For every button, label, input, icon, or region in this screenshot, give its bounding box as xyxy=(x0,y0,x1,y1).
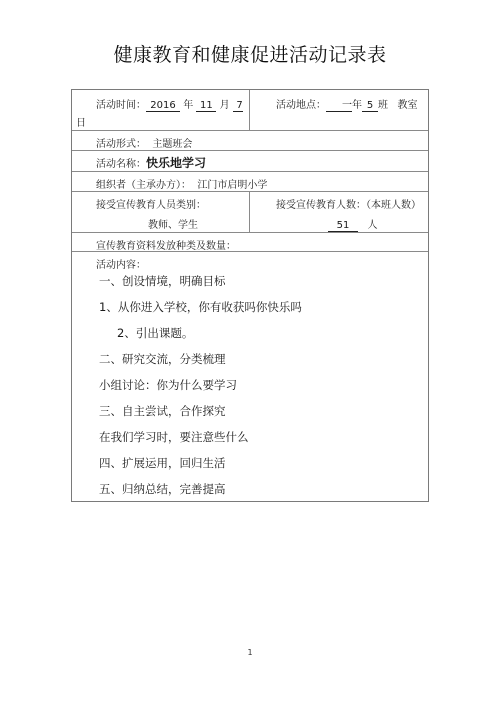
class-unit: 班 xyxy=(378,100,388,111)
content-line: 在我们学习时，要注意些什么 xyxy=(99,429,249,445)
content-line: 2、引出课题。 xyxy=(117,325,193,341)
column-divider xyxy=(249,192,250,232)
activity-name: 活动名称：快乐地学习 xyxy=(96,154,206,171)
row-materials: 宣传教育资料发放种类及数量： xyxy=(72,233,428,252)
location-grade: 一 xyxy=(326,100,352,112)
column-divider xyxy=(249,90,250,130)
activity-day: 7 xyxy=(233,100,243,112)
organizer-value: 江门市启明小学 xyxy=(197,180,267,191)
grade-unit: 年 xyxy=(352,100,362,111)
activity-name-label: 活动名称： xyxy=(96,159,146,170)
activity-content-label: 活动内容： xyxy=(96,256,146,271)
activity-form: 活动形式： 主题班会 xyxy=(96,135,192,150)
content-line: 一、创设情境，明确目标 xyxy=(99,273,226,289)
content-line: 五、归纳总结，完善提高 xyxy=(99,481,226,497)
activity-form-value: 主题班会 xyxy=(152,139,192,150)
activity-location-label: 活动地点： xyxy=(276,100,326,111)
row-activity-content: 活动内容： 一、创设情境，明确目标 1、从你进入学校，你有收获吗你快乐吗 2、引… xyxy=(72,252,428,501)
audience-count-value: 51 xyxy=(328,220,358,232)
row-activity-form: 活动形式： 主题班会 xyxy=(72,131,428,151)
audience-type-label: 接受宣传教育人员类别： xyxy=(96,196,206,211)
activity-month: 11 xyxy=(196,100,216,112)
page-number: 1 xyxy=(0,648,500,657)
activity-time-label: 活动时间： xyxy=(96,100,146,111)
activity-record-table: 活动时间：2016 年 11 月 7 日 活动地点：一年5班 教室 活动形式： … xyxy=(71,89,429,502)
audience-count-label: 接受宣传教育人数：（本班人数） xyxy=(276,196,421,211)
content-line: 小组讨论：你为什么要学习 xyxy=(99,377,237,393)
organizer-label: 组织者（主承办方）： xyxy=(96,180,191,191)
activity-name-value: 快乐地学习 xyxy=(146,156,206,170)
audience-count-unit: 人 xyxy=(368,220,378,231)
day-unit: 日 xyxy=(76,114,86,129)
materials-label: 宣传教育资料发放种类及数量： xyxy=(96,237,236,252)
location-class: 5 xyxy=(362,100,378,112)
activity-form-label: 活动形式： xyxy=(96,139,146,150)
content-line: 四、扩展运用，回归生活 xyxy=(99,455,226,471)
row-time-location: 活动时间：2016 年 11 月 7 日 活动地点：一年5班 教室 xyxy=(72,90,428,131)
month-unit: 月 xyxy=(220,100,230,111)
content-line: 1、从你进入学校，你有收获吗你快乐吗 xyxy=(99,299,302,315)
row-organizer: 组织者（主承办方）： 江门市启明小学 xyxy=(72,172,428,192)
row-audience: 接受宣传教育人员类别： 教师、学生 接受宣传教育人数：（本班人数） 51 人 xyxy=(72,192,428,233)
year-unit: 年 xyxy=(183,100,193,111)
activity-time: 活动时间：2016 年 11 月 7 xyxy=(96,96,243,112)
activity-location: 活动地点：一年5班 教室 xyxy=(276,96,418,112)
content-line: 二、研究交流，分类梳理 xyxy=(99,351,226,367)
location-room: 教室 xyxy=(398,100,418,111)
page-title: 健康教育和健康促进活动记录表 xyxy=(0,40,500,67)
activity-year: 2016 xyxy=(146,100,180,112)
organizer: 组织者（主承办方）： 江门市启明小学 xyxy=(96,176,267,191)
content-line: 三、自主尝试，合作探究 xyxy=(99,403,226,419)
audience-type-value: 教师、学生 xyxy=(148,216,198,231)
row-activity-name: 活动名称：快乐地学习 xyxy=(72,151,428,172)
audience-count: 51 人 xyxy=(328,216,378,232)
